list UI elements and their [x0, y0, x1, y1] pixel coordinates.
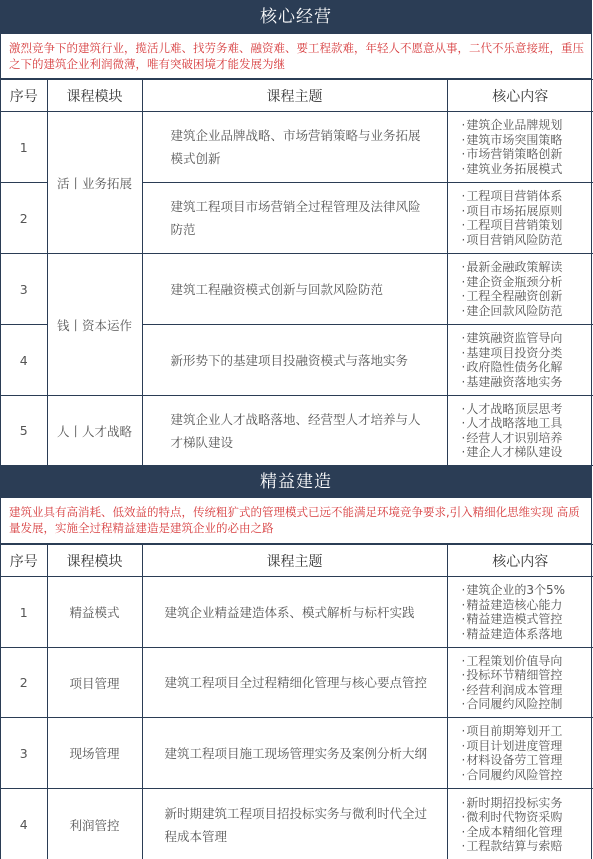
core-item: 合同履约风险控制 — [462, 697, 593, 712]
row-no: 1 — [1, 577, 47, 648]
row-core-list: 最新金融政策解读 建企资金瓶颈分析 工程全程融资创新 建企回款风险防范 — [447, 254, 593, 325]
core-item: 政府隐性债务化解 — [462, 360, 593, 375]
row-no: 2 — [1, 183, 47, 254]
table-header-row: 序号 课程模块 课程主题 核心内容 — [1, 545, 593, 577]
core-item: 人才战略顶层思考 — [462, 402, 593, 417]
core-item: 项目前期筹划开工 — [462, 724, 593, 739]
header-core: 核心内容 — [447, 80, 593, 112]
row-module: 项目管理 — [47, 648, 142, 718]
course-document: 核心经营 激烈竞争下的建筑行业，揽活儿难、找劳务难、融资难、要工程款难，年轻人不… — [0, 0, 592, 859]
core-item: 建筑企业的3个5% — [462, 583, 593, 598]
row-core-list: 项目前期筹划开工 项目计划进度管理 材料设备劳工管理 合同履约风险管控 — [447, 718, 593, 789]
course-table-lean-construction: 序号 课程模块 课程主题 核心内容 1 精益模式 建筑企业精益建造体系、模式解析… — [1, 544, 593, 859]
core-item: 合同履约风险管控 — [462, 768, 593, 783]
row-no: 4 — [1, 325, 47, 396]
row-no: 1 — [1, 112, 47, 183]
core-item: 项目营销风险防范 — [462, 233, 593, 248]
section-intro-core-operations: 激烈竞争下的建筑行业，揽活儿难、找劳务难、融资难、要工程款难，年轻人不愿意从事，… — [1, 34, 591, 79]
table-row: 1 活丨业务拓展 建筑企业品牌战略、市场营销策略与业务拓展模式创新 建筑企业品牌… — [1, 112, 593, 183]
row-core-list: 建筑企业的3个5% 精益建造核心能力 精益建造模式管控 精益建造体系落地 — [447, 577, 593, 648]
row-module: 钱丨资本运作 — [47, 254, 142, 396]
row-no: 3 — [1, 718, 47, 789]
row-no: 4 — [1, 789, 47, 859]
table-row: 4 利润管控 新时期建筑工程项目招投标实务与微利时代全过程成本管理 新时期招投标… — [1, 789, 593, 859]
core-item: 市场营销策略创新 — [462, 147, 593, 162]
header-core: 核心内容 — [447, 545, 593, 577]
row-no: 3 — [1, 254, 47, 325]
core-item: 人才战略落地工具 — [462, 416, 593, 431]
core-item: 投标环节精细管控 — [462, 668, 593, 683]
core-item: 新时期招投标实务 — [462, 796, 593, 811]
core-item: 工程款结算与索赔 — [462, 839, 593, 854]
section-title-core-operations: 核心经营 — [1, 0, 591, 34]
row-core-list: 建筑企业品牌规划 建筑市场突围策略 市场营销策略创新 建筑业务拓展模式 — [447, 112, 593, 183]
core-item: 工程策划价值导向 — [462, 654, 593, 669]
core-item: 全成本精细化管理 — [462, 825, 593, 840]
row-module: 活丨业务拓展 — [47, 112, 142, 254]
section-title-lean-construction: 精益建造 — [1, 466, 591, 498]
core-item: 基建融资落地实务 — [462, 375, 593, 390]
table-row: 1 精益模式 建筑企业精益建造体系、模式解析与标杆实践 建筑企业的3个5% 精益… — [1, 577, 593, 648]
core-item: 建筑业务拓展模式 — [462, 162, 593, 177]
row-no: 5 — [1, 396, 47, 466]
header-module: 课程模块 — [47, 80, 142, 112]
core-item: 工程项目营销体系 — [462, 189, 593, 204]
row-topic: 新时期建筑工程项目招投标实务与微利时代全过程成本管理 — [142, 789, 447, 859]
table-row: 2 项目管理 建筑工程项目全过程精细化管理与核心要点管控 工程策划价值导向 投标… — [1, 648, 593, 718]
row-no: 2 — [1, 648, 47, 718]
core-item: 项目计划进度管理 — [462, 739, 593, 754]
table-row: 3 现场管理 建筑工程项目施工现场管理实务及案例分析大纲 项目前期筹划开工 项目… — [1, 718, 593, 789]
core-item: 建企资金瓶颈分析 — [462, 275, 593, 290]
header-no: 序号 — [1, 80, 47, 112]
core-item: 精益建造核心能力 — [462, 598, 593, 613]
row-core-list: 新时期招投标实务 微利时代物资采购 全成本精细化管理 工程款结算与索赔 — [447, 789, 593, 859]
row-topic: 建筑企业人才战略落地、经营型人才培养与人才梯队建设 — [142, 396, 447, 466]
row-module: 利润管控 — [47, 789, 142, 859]
course-table-core-operations: 序号 课程模块 课程主题 核心内容 1 活丨业务拓展 建筑企业品牌战略、市场营销… — [1, 79, 593, 466]
core-item: 材料设备劳工管理 — [462, 753, 593, 768]
header-no: 序号 — [1, 545, 47, 577]
row-module: 现场管理 — [47, 718, 142, 789]
row-topic: 新形势下的基建项目投融资模式与落地实务 — [142, 325, 447, 396]
core-item: 微利时代物资采购 — [462, 810, 593, 825]
row-core-list: 工程项目营销体系 项目市场拓展原则 工程项目营销策划 项目营销风险防范 — [447, 183, 593, 254]
row-core-list: 建筑融资监管导向 基建项目投资分类 政府隐性债务化解 基建融资落地实务 — [447, 325, 593, 396]
row-core-list: 人才战略顶层思考 人才战略落地工具 经营人才识别培养 建企人才梯队建设 — [447, 396, 593, 466]
header-topic: 课程主题 — [142, 80, 447, 112]
core-item: 建筑市场突围策略 — [462, 133, 593, 148]
row-topic: 建筑企业品牌战略、市场营销策略与业务拓展模式创新 — [142, 112, 447, 183]
core-item: 精益建造模式管控 — [462, 612, 593, 627]
table-row: 3 钱丨资本运作 建筑工程融资模式创新与回款风险防范 最新金融政策解读 建企资金… — [1, 254, 593, 325]
row-topic: 建筑工程项目施工现场管理实务及案例分析大纲 — [142, 718, 447, 789]
core-item: 工程项目营销策划 — [462, 218, 593, 233]
row-module: 人丨人才战略 — [47, 396, 142, 466]
row-topic: 建筑工程融资模式创新与回款风险防范 — [142, 254, 447, 325]
row-module: 精益模式 — [47, 577, 142, 648]
core-item: 基建项目投资分类 — [462, 346, 593, 361]
core-item: 建筑融资监管导向 — [462, 331, 593, 346]
header-module: 课程模块 — [47, 545, 142, 577]
header-topic: 课程主题 — [142, 545, 447, 577]
row-topic: 建筑工程项目全过程精细化管理与核心要点管控 — [142, 648, 447, 718]
row-core-list: 工程策划价值导向 投标环节精细管控 经营利润成本管理 合同履约风险控制 — [447, 648, 593, 718]
row-topic: 建筑工程项目市场营销全过程管理及法律风险防范 — [142, 183, 447, 254]
core-item: 工程全程融资创新 — [462, 289, 593, 304]
core-item: 建企回款风险防范 — [462, 304, 593, 319]
core-item: 经营人才识别培养 — [462, 431, 593, 446]
core-item: 建筑企业品牌规划 — [462, 118, 593, 133]
core-item: 建企人才梯队建设 — [462, 445, 593, 460]
section-intro-lean-construction: 建筑业具有高消耗、低效益的特点，传统粗犷式的管理模式已远不能满足环境竞争要求,引… — [1, 498, 591, 544]
table-row: 5 人丨人才战略 建筑企业人才战略落地、经营型人才培养与人才梯队建设 人才战略顶… — [1, 396, 593, 466]
row-topic: 建筑企业精益建造体系、模式解析与标杆实践 — [142, 577, 447, 648]
core-item: 最新金融政策解读 — [462, 260, 593, 275]
table-header-row: 序号 课程模块 课程主题 核心内容 — [1, 80, 593, 112]
core-item: 经营利润成本管理 — [462, 683, 593, 698]
core-item: 精益建造体系落地 — [462, 627, 593, 642]
core-item: 项目市场拓展原则 — [462, 204, 593, 219]
